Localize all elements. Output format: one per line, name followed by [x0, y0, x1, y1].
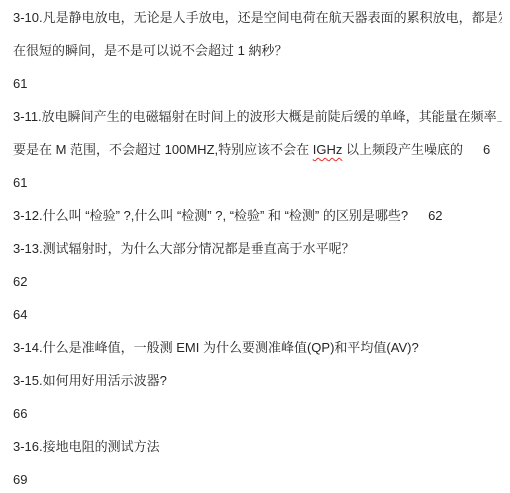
doc-line-page-number: 62	[13, 265, 502, 298]
line-text: 3-13.测试辐射时，为什么大部分情况都是垂直高于水平呢？	[13, 241, 355, 256]
line-text: 3-14.什么是准峰值，一般测 EMI 为什么要测准峰值(QP)和平均值(AV)…	[13, 340, 419, 355]
doc-line-question-3-10-cont: 在很短的瞬间，是不是可以说不会超过 1 納秒？	[13, 34, 502, 67]
line-text: 3-16.接地电阻的测试方法	[13, 439, 160, 454]
line-text: 3-12.什么叫 “检验” ?,什么叫 “检测” ?, “检验” 和 “检测” …	[13, 208, 408, 223]
doc-line-question-3-16: 3-16.接地电阻的测试方法	[13, 430, 502, 463]
line-text: 要是在 M 范围，不会超过 100MHZ,特别应该不会在	[13, 142, 313, 157]
page-number-text: 6	[483, 142, 490, 157]
misspelled-word: IGHz	[313, 142, 343, 157]
doc-line-question-3-12: 3-12.什么叫 “检验” ?,什么叫 “检测” ?, “检验” 和 “检测” …	[13, 199, 502, 232]
doc-line-question-3-13: 3-13.测试辐射时，为什么大部分情况都是垂直高于水平呢？	[13, 232, 502, 265]
doc-line-question-3-11: 3-11.放电瞬间产生的电磁辐射在时间上的波形大概是前陡后缓的单峰，其能量在频率…	[13, 100, 502, 133]
doc-line-page-number: 66	[13, 397, 502, 430]
line-text: 以上频段产生噪底的	[342, 142, 463, 157]
doc-line-page-number: 61	[13, 67, 502, 100]
doc-line-question-3-14: 3-14.什么是准峰值，一般测 EMI 为什么要测准峰值(QP)和平均值(AV)…	[13, 331, 502, 364]
doc-line-question-3-15: 3-15.如何用好用活示波器?	[13, 364, 502, 397]
page-number-text: 62	[13, 274, 27, 289]
doc-line-page-number: 61	[13, 166, 502, 199]
page-number-text: 69	[13, 472, 27, 487]
line-text: 3-10.凡是静电放电，无论是人手放电，还是空间电荷在航天器表面的累积放电，都是…	[13, 10, 502, 25]
line-text: 3-15.如何用好用活示波器?	[13, 373, 167, 388]
doc-line-question-3-11-cont: 要是在 M 范围，不会超过 100MHZ,特别应该不会在 IGHz 以上频段产生…	[13, 133, 502, 166]
line-text: 在很短的瞬间，是不是可以说不会超过 1 納秒？	[13, 43, 287, 58]
page-number-text: 61	[13, 175, 27, 190]
doc-line-page-number: 64	[13, 298, 502, 331]
page-number-text: 61	[13, 76, 27, 91]
page-number-text: 66	[13, 406, 27, 421]
page-number-text: 62	[428, 208, 442, 223]
document-page: 3-10.凡是静电放电，无论是人手放电，还是空间电荷在航天器表面的累积放电，都是…	[0, 0, 510, 493]
line-text: 3-11.放电瞬间产生的电磁辐射在时间上的波形大概是前陡后缓的单峰，其能量在频率…	[13, 109, 502, 124]
doc-line-question-3-10: 3-10.凡是静电放电，无论是人手放电，还是空间电荷在航天器表面的累积放电，都是…	[13, 1, 502, 34]
page-number-text: 64	[13, 307, 27, 322]
doc-line-page-number: 69	[13, 463, 502, 493]
